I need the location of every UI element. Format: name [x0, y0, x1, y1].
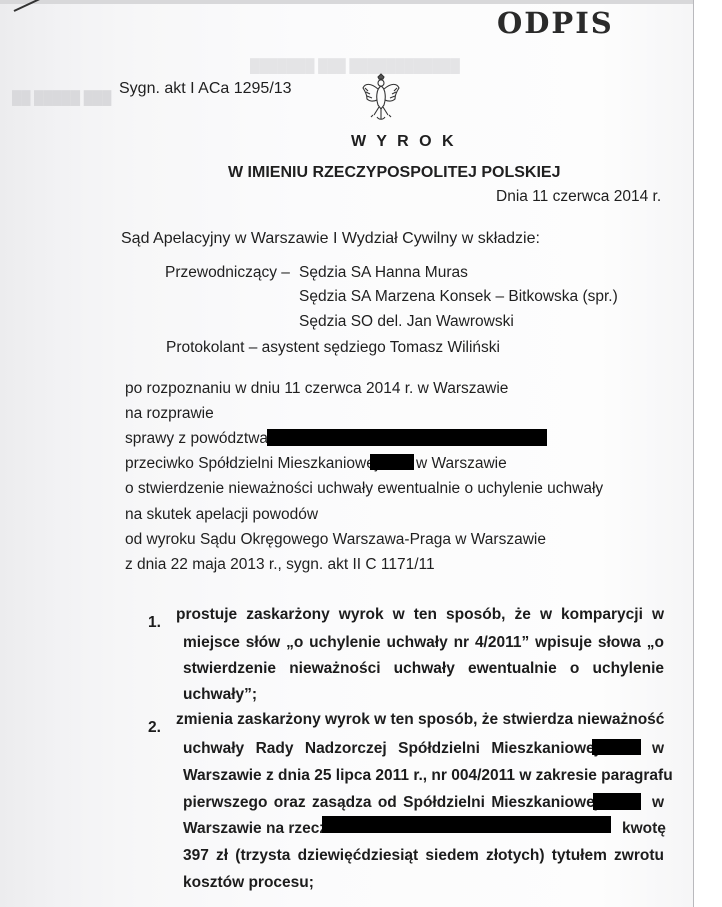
- polish-eagle-icon: [362, 73, 400, 123]
- bleed-through-text: ███████ ███ ████████████: [250, 58, 460, 73]
- ruling-line: uchwały Rady Nadzorczej Spółdzielni Mies…: [183, 740, 599, 758]
- case-line: na rozprawie: [125, 405, 214, 423]
- ruling-line: uchwały”;: [183, 686, 664, 704]
- case-line: od wyroku Sądu Okręgowego Warszawa-Praga…: [125, 531, 546, 549]
- case-line: przeciwko Spółdzielni Mieszkaniowej: [125, 455, 378, 473]
- page-right-edge: [693, 0, 722, 907]
- case-line: o stwierdzenie nieważności uchwały ewent…: [125, 480, 603, 498]
- redacted-cooperative-name: [370, 454, 414, 470]
- ruling-word: w: [652, 794, 664, 812]
- judge-2: Sędzia SA Marzena Konsek – Bitkowska (sp…: [299, 288, 618, 306]
- court-composition: Sąd Apelacyjny w Warszawie I Wydział Cyw…: [121, 230, 540, 248]
- ruling-line: miejsce słów „o uchylenie uchwały nr 4/2…: [183, 634, 664, 652]
- chair-label: Przewodniczący –: [165, 264, 290, 282]
- case-signature: Sygn. akt I ACa 1295/13: [119, 80, 292, 98]
- odpis-stamp: ODPIS: [497, 6, 614, 40]
- document-title: W Y R O K: [351, 133, 457, 151]
- case-line: na skutek apelacji powodów: [125, 506, 318, 524]
- ruling-line: stwierdzenie nieważności uchwały ewentua…: [183, 660, 664, 678]
- redacted-cooperative-name: [592, 739, 641, 755]
- ruling-line: kosztów procesu;: [183, 874, 664, 892]
- ruling-line: Warszawie na rzecz: [183, 820, 327, 838]
- case-line: w Warszawie: [416, 455, 507, 473]
- ruling-line: Warszawie z dnia 25 lipca 2011 r., nr 00…: [183, 767, 664, 785]
- redacted-plaintiffs: [322, 816, 611, 833]
- ruling-number: 2.: [148, 719, 161, 737]
- ruling-number: 1.: [148, 614, 161, 632]
- case-line: po rozpoznaniu w dniu 11 czerwca 2014 r.…: [125, 380, 508, 398]
- ruling-line: zmienia zaskarżony wyrok w ten sposób, ż…: [176, 711, 664, 729]
- judge-3: Sędzia SO del. Jan Wawrowski: [299, 313, 514, 331]
- redacted-cooperative-name: [593, 793, 641, 810]
- case-line: sprawy z powództwa: [125, 430, 268, 448]
- judge-1: Sędzia SA Hanna Muras: [299, 264, 468, 282]
- ruling-line: pierwszego oraz zasądza od Spółdzielni M…: [183, 794, 599, 812]
- document-date: Dnia 11 czerwca 2014 r.: [496, 188, 661, 206]
- case-line: z dnia 22 maja 2013 r., sygn. akt II C 1…: [125, 556, 435, 574]
- ruling-line: prostuje zaskarżony wyrok w ten sposób, …: [176, 606, 664, 624]
- ruling-word: kwotę: [622, 820, 666, 838]
- ruling-word: w: [652, 740, 664, 758]
- ruling-line: 397 zł (trzysta dziewięćdziesiąt siedem …: [183, 847, 664, 865]
- document-subtitle: W IMIENIU RZECZYPOSPOLITEJ POLSKIEJ: [228, 164, 560, 182]
- redacted-plaintiffs: [267, 429, 547, 446]
- court-clerk: Protokolant – asystent sędziego Tomasz W…: [166, 339, 500, 357]
- bleed-through-text: ██ █████ ███: [12, 90, 111, 105]
- scan-top-edge: [0, 0, 722, 4]
